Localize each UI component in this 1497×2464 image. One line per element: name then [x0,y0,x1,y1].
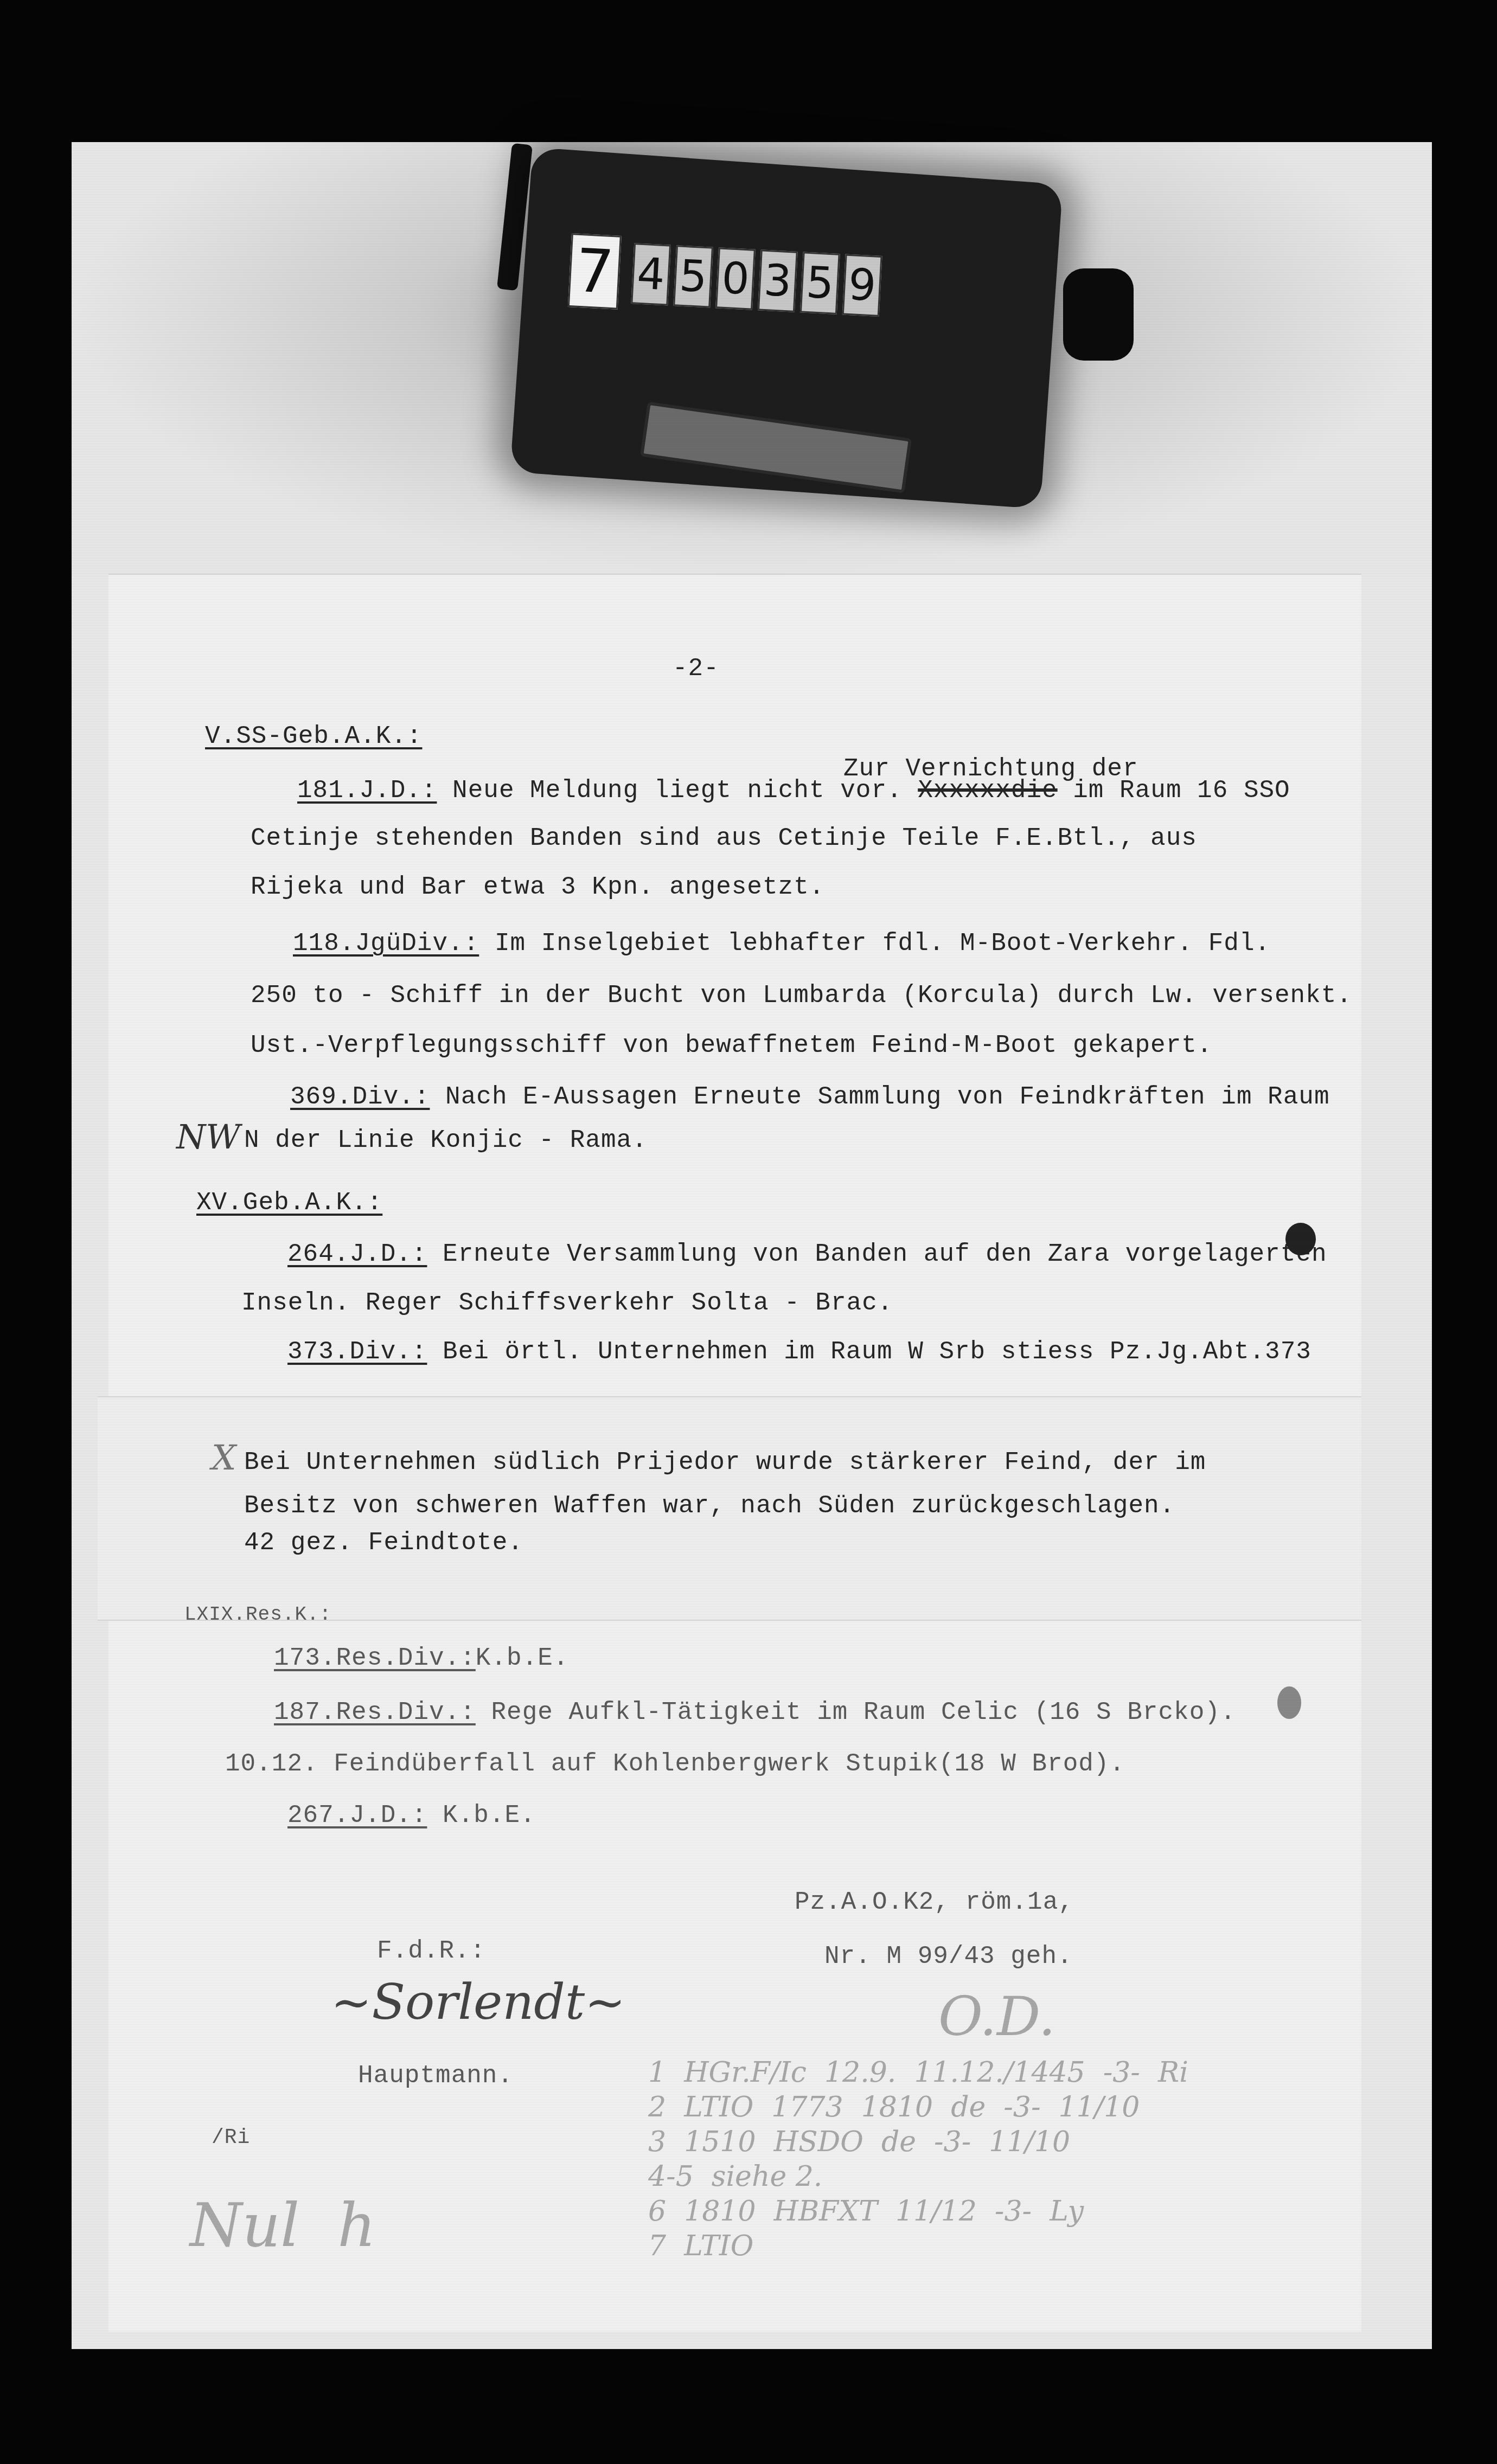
distribution-notes: 1 HGr.F/Ic 12.9. 11.12./1445 -3- Ri2 LTI… [648,2055,1188,2263]
office-line: Pz.A.O.K2, röm.1a, [795,1887,1074,1917]
entry-line: 187.Res.Div.: Rege Aufkl-Tätigkeit im Ra… [274,1697,1236,1728]
signature: ~Sorlendt~ [331,1974,625,2031]
slip-line: 42 gez. Feindtote. [244,1528,523,1558]
punch-hole-mark [1277,1686,1301,1719]
section-heading: XV.Geb.A.K.: [196,1188,382,1218]
entry-text: Bei örtl. Unternehmen im Raum W Srb stie… [443,1338,1312,1366]
fdr-label: F.d.R.: [377,1936,485,1966]
entry-text: K.b.E. [476,1644,569,1672]
entry-line: 267.J.D.: K.b.E. [287,1800,536,1831]
unit-label: 173.Res.Div.: [274,1644,476,1672]
unit-label: 264.J.D.: [287,1240,427,1268]
counter-digit: 5 [673,245,713,307]
distribution-line: 1 HGr.F/Ic 12.9. 11.12./1445 -3- Ri [648,2055,1188,2090]
entry-text: Rege Aufkl-Tätigkeit im Raum Celic (16 S… [491,1698,1236,1727]
entry-line: 10.12. Feindüberfall auf Kohlenbergwerk … [225,1749,1125,1779]
unit-label: 369.Div.: [290,1083,430,1111]
slip-line: Bei Unternehmen südlich Prijedor wurde s… [244,1447,1206,1478]
entry-line: 250 to - Schiff in der Bucht von Lumbard… [251,980,1352,1011]
entry-line: Ust.-Verpflegungsschiff von bewaffnetem … [251,1030,1212,1061]
entry-line: 181.J.D.: Neue Meldung liegt nicht vor. … [297,775,1290,806]
entry-text: Nach E-Aussagen Erneute Sammlung von Fei… [445,1083,1329,1111]
entry-line: 369.Div.: Nach E-Aussagen Erneute Sammlu… [290,1082,1330,1112]
entry-text: K.b.E. [443,1801,536,1830]
counter-digit: 3 [758,249,798,312]
entry-line: 264.J.D.: Erneute Versammlung von Banden… [287,1239,1327,1269]
x-mark-icon: X [212,1438,236,1478]
counter-digit: 4 [631,243,671,305]
section-heading: V.SS-Geb.A.K.: [205,721,422,752]
section-heading-obscured: LXIX.Res.K.: [184,1600,331,1621]
entry-text: Im Inselgebiet lebhafter fdl. M-Boot-Ver… [495,929,1270,958]
entry-line: 373.Div.: Bei örtl. Unternehmen im Raum … [287,1337,1312,1367]
counter-slot [640,401,912,493]
margin-note: NW [176,1117,240,1157]
office-reference: Nr. M 99/43 geh. [824,1941,1073,1972]
punch-hole-mark [1285,1223,1316,1255]
entry-text: Erneute Versammlung von Banden auf den Z… [443,1240,1327,1268]
unit-label: 267.J.D.: [287,1801,427,1830]
handwritten-scribble: Nul h [190,2191,376,2260]
distribution-line: 3 1510 HSDO de -3- 11/10 [648,2125,1188,2159]
unit-label: 373.Div.: [287,1338,427,1366]
counter-digit: 0 [715,247,756,310]
unit-label: 187.Res.Div.: [274,1698,476,1727]
entry-line: Inseln. Reger Schiffsverkehr Solta - Bra… [241,1288,893,1318]
distribution-line: 6 1810 HBFXT 11/12 -3- Ly [648,2194,1188,2229]
entry-text: im Raum 16 SSO [1073,777,1290,805]
handwritten-initials: O.D. [938,1985,1055,2048]
entry-line: Cetinje stehenden Banden sind aus Cetinj… [251,823,1197,854]
typist-initials: /Ri [212,2123,250,2153]
distribution-line: 2 LTIO 1773 1810 de -3- 11/10 [648,2090,1188,2125]
unit-label: 118.JgüDiv.: [293,929,479,958]
entry-line: 173.Res.Div.:K.b.E. [274,1643,569,1673]
counter-prefix-digit: 7 [568,233,622,310]
frame-counter-device: 7 4 5 0 3 5 9 [504,144,1134,502]
entry-line: 118.JgüDiv.: Im Inselgebiet lebhafter fd… [293,928,1270,959]
counter-digit: 5 [800,252,840,314]
counter-digit: 9 [842,254,882,317]
entry-line: N der Linie Konjic - Rama. [244,1125,648,1156]
page-number: -2- [673,653,719,684]
pasted-slip: X Bei Unternehmen südlich Prijedor wurde… [98,1396,1361,1621]
entry-line: Rijeka und Bar etwa 3 Kpn. angesetzt. [251,872,824,902]
counter-knob [1063,268,1134,361]
counter-body [510,147,1063,509]
distribution-line: 4-5 siehe 2. [648,2159,1188,2194]
distribution-line: 7 LTIO [648,2229,1188,2263]
slip-line: Besitz von schweren Waffen war, nach Süd… [244,1491,1175,1521]
rank-label: Hauptmann. [358,2061,513,2091]
unit-label: 181.J.D.: [297,777,437,805]
entry-text: Neue Meldung liegt nicht vor. [452,777,903,805]
struck-word: Xxxxxxdie [918,775,1057,806]
